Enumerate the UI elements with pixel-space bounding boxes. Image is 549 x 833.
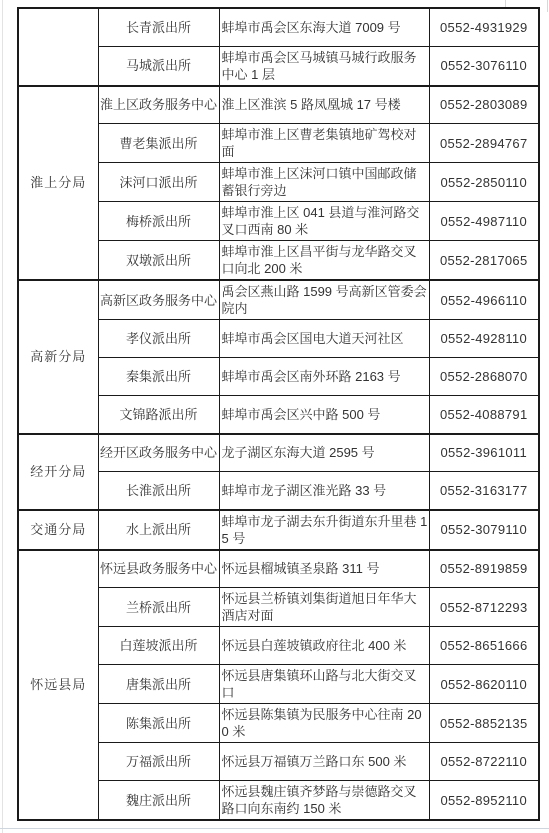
address-cell: 怀远县万福镇万兰路口东 500 米 xyxy=(219,743,429,781)
bureau-cell: 怀远县局 xyxy=(18,550,98,821)
station-cell: 长青派出所 xyxy=(98,8,219,46)
address-cell: 蚌埠市禹会区马城镇马城行政服务中心 1 层 xyxy=(219,46,429,86)
address-cell: 怀远县兰桥镇刘集街道旭日年华大酒店对面 xyxy=(219,588,429,627)
bureau-cell: 高新分局 xyxy=(18,280,98,434)
phone-cell: 0552-2803089 xyxy=(429,86,539,124)
bureau-cell: 经开分局 xyxy=(18,434,98,510)
phone-cell: 0552-4088791 xyxy=(429,396,539,434)
page-edge-line-bottom xyxy=(0,828,549,829)
station-cell: 水上派出所 xyxy=(98,510,219,550)
phone-cell: 0552-3079110 xyxy=(429,510,539,550)
station-cell: 曹老集派出所 xyxy=(98,124,219,163)
station-cell: 淮上区政务服务中心 xyxy=(98,86,219,124)
phone-cell: 0552-8952110 xyxy=(429,781,539,821)
station-cell: 兰桥派出所 xyxy=(98,588,219,627)
address-cell: 禹会区燕山路 1599 号高新区管委会院内 xyxy=(219,280,429,320)
address-cell: 怀远县白莲坡镇政府往北 400 米 xyxy=(219,627,429,665)
phone-cell: 0552-8712293 xyxy=(429,588,539,627)
station-table-body: 长青派出所蚌埠市禹会区东海大道 7009 号0552-4931929马城派出所蚌… xyxy=(18,8,539,820)
station-cell: 沫河口派出所 xyxy=(98,163,219,202)
station-cell: 白莲坡派出所 xyxy=(98,627,219,665)
station-contact-table: 长青派出所蚌埠市禹会区东海大道 7009 号0552-4931929马城派出所蚌… xyxy=(17,7,540,821)
station-cell: 魏庄派出所 xyxy=(98,781,219,821)
station-cell: 万福派出所 xyxy=(98,743,219,781)
station-cell: 梅桥派出所 xyxy=(98,202,219,241)
station-cell: 长淮派出所 xyxy=(98,472,219,510)
address-cell: 怀远县魏庄镇齐梦路与崇德路交叉路口向东南约 150 米 xyxy=(219,781,429,821)
phone-cell: 0552-2894767 xyxy=(429,124,539,163)
station-cell: 孝仪派出所 xyxy=(98,320,219,358)
phone-cell: 0552-2817065 xyxy=(429,241,539,281)
phone-cell: 0552-2868070 xyxy=(429,358,539,396)
address-cell: 淮上区淮滨 5 路凤凰城 17 号楼 xyxy=(219,86,429,124)
phone-cell: 0552-8722110 xyxy=(429,743,539,781)
station-contact-table-container: 长青派出所蚌埠市禹会区东海大道 7009 号0552-4931929马城派出所蚌… xyxy=(17,7,538,821)
address-cell: 蚌埠市禹会区东海大道 7009 号 xyxy=(219,8,429,46)
phone-cell: 0552-3076110 xyxy=(429,46,539,86)
station-cell: 秦集派出所 xyxy=(98,358,219,396)
phone-cell: 0552-3961011 xyxy=(429,434,539,472)
phone-cell: 0552-4931929 xyxy=(429,8,539,46)
table-row: 怀远县局怀远县政务服务中心怀远县榴城镇圣泉路 311 号0552-8919859 xyxy=(18,550,539,588)
bureau-cell xyxy=(18,8,98,86)
table-row: 长青派出所蚌埠市禹会区东海大道 7009 号0552-4931929 xyxy=(18,8,539,46)
phone-cell: 0552-8620110 xyxy=(429,665,539,704)
page-edge-line-left xyxy=(2,0,3,833)
address-cell: 龙子湖区东海大道 2595 号 xyxy=(219,434,429,472)
address-cell: 蚌埠市龙子湖区淮光路 33 号 xyxy=(219,472,429,510)
address-cell: 蚌埠市禹会区兴中路 500 号 xyxy=(219,396,429,434)
address-cell: 怀远县唐集镇环山路与北大街交叉口 xyxy=(219,665,429,704)
address-cell: 蚌埠市淮上区 041 县道与淮河路交叉口西南 80 米 xyxy=(219,202,429,241)
station-cell: 唐集派出所 xyxy=(98,665,219,704)
address-cell: 蚌埠市禹会区国电大道天河社区 xyxy=(219,320,429,358)
phone-cell: 0552-4966110 xyxy=(429,280,539,320)
phone-cell: 0552-4928110 xyxy=(429,320,539,358)
phone-cell: 0552-8651666 xyxy=(429,627,539,665)
station-cell: 双墩派出所 xyxy=(98,241,219,281)
address-cell: 蚌埠市淮上区昌平街与龙华路交叉口向北 200 米 xyxy=(219,241,429,281)
page-edge-line-top-right xyxy=(547,0,548,12)
address-cell: 蚌埠市禹会区南外环路 2163 号 xyxy=(219,358,429,396)
station-cell: 文锦路派出所 xyxy=(98,396,219,434)
table-row: 经开分局经开区政务服务中心龙子湖区东海大道 2595 号0552-3961011 xyxy=(18,434,539,472)
phone-cell: 0552-8919859 xyxy=(429,550,539,588)
table-row: 淮上分局淮上区政务服务中心淮上区淮滨 5 路凤凰城 17 号楼0552-2803… xyxy=(18,86,539,124)
address-cell: 蚌埠市淮上区沫河口镇中国邮政储蓄银行旁边 xyxy=(219,163,429,202)
address-cell: 怀远县陈集镇为民服务中心往南 200 米 xyxy=(219,704,429,743)
phone-cell: 0552-3163177 xyxy=(429,472,539,510)
bureau-cell: 淮上分局 xyxy=(18,86,98,281)
phone-cell: 0552-2850110 xyxy=(429,163,539,202)
address-cell: 怀远县榴城镇圣泉路 311 号 xyxy=(219,550,429,588)
table-row: 交通分局水上派出所蚌埠市龙子湖去东升街道东升里巷 15 号0552-307911… xyxy=(18,510,539,550)
station-cell: 马城派出所 xyxy=(98,46,219,86)
station-cell: 经开区政务服务中心 xyxy=(98,434,219,472)
address-cell: 蚌埠市龙子湖去东升街道东升里巷 15 号 xyxy=(219,510,429,550)
table-row: 高新分局高新区政务服务中心禹会区燕山路 1599 号高新区管委会院内0552-4… xyxy=(18,280,539,320)
station-cell: 怀远县政务服务中心 xyxy=(98,550,219,588)
bureau-cell: 交通分局 xyxy=(18,510,98,550)
phone-cell: 0552-4987110 xyxy=(429,202,539,241)
phone-cell: 0552-8852135 xyxy=(429,704,539,743)
address-cell: 蚌埠市淮上区曹老集镇地矿驾校对面 xyxy=(219,124,429,163)
station-cell: 陈集派出所 xyxy=(98,704,219,743)
station-cell: 高新区政务服务中心 xyxy=(98,280,219,320)
